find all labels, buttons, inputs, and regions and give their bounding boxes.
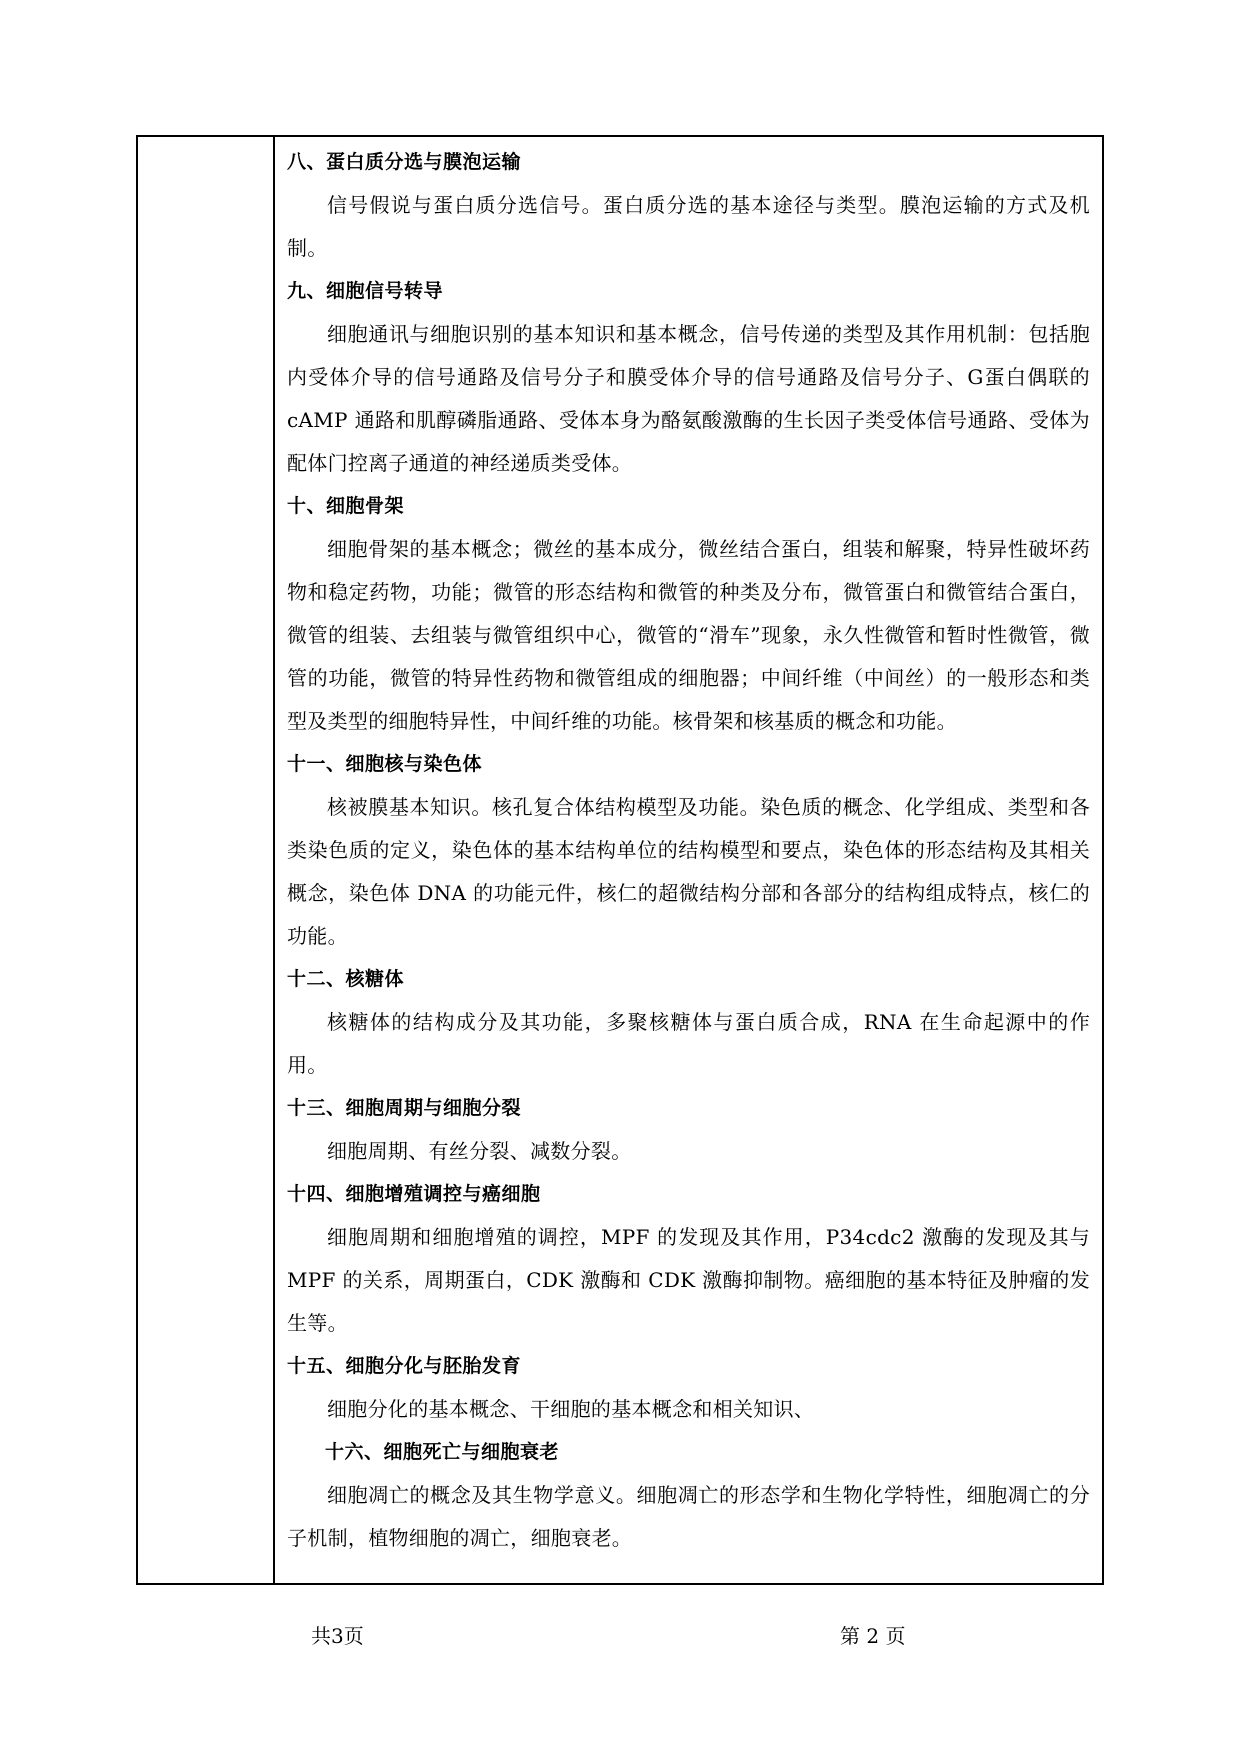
page-number: 第 2 页	[840, 1620, 905, 1649]
syllabus-table: 八、蛋白质分选与膜泡运输 信号假说与蛋白质分选信号。蛋白质分选的基本途径与类型。…	[136, 135, 1104, 1585]
label-column	[138, 137, 275, 1583]
section-body-11: 核被膜基本知识。核孔复合体结构模型及功能。染色质的概念、化学组成、类型和各类染色…	[287, 786, 1090, 958]
section-heading-16: 十六、细胞死亡与细胞衰老	[287, 1431, 1090, 1474]
section-body-16: 细胞凋亡的概念及其生物学意义。细胞凋亡的形态学和生物化学特性，细胞凋亡的分子机制…	[287, 1474, 1090, 1560]
section-heading-11: 十一、细胞核与染色体	[287, 743, 1090, 786]
section-heading-8: 八、蛋白质分选与膜泡运输	[287, 141, 1090, 184]
section-heading-13: 十三、细胞周期与细胞分裂	[287, 1087, 1090, 1130]
section-heading-10: 十、细胞骨架	[287, 485, 1090, 528]
section-body-13: 细胞周期、有丝分裂、减数分裂。	[287, 1130, 1090, 1173]
section-body-14: 细胞周期和细胞增殖的调控，MPF 的发现及其作用，P34cdc2 激酶的发现及其…	[287, 1216, 1090, 1345]
section-heading-14: 十四、细胞增殖调控与癌细胞	[287, 1173, 1090, 1216]
section-body-12: 核糖体的结构成分及其功能，多聚核糖体与蛋白质合成，RNA 在生命起源中的作用。	[287, 1001, 1090, 1087]
page-total: 共3页	[311, 1620, 364, 1649]
section-body-10: 细胞骨架的基本概念；微丝的基本成分，微丝结合蛋白，组装和解聚，特异性破坏药物和稳…	[287, 528, 1090, 743]
section-heading-9: 九、细胞信号转导	[287, 270, 1090, 313]
section-body-8: 信号假说与蛋白质分选信号。蛋白质分选的基本途径与类型。膜泡运输的方式及机制。	[287, 184, 1090, 270]
section-body-9: 细胞通讯与细胞识别的基本知识和基本概念，信号传递的类型及其作用机制：包括胞内受体…	[287, 313, 1090, 485]
section-body-15: 细胞分化的基本概念、干细胞的基本概念和相关知识、	[287, 1388, 1090, 1431]
section-heading-15: 十五、细胞分化与胚胎发育	[287, 1345, 1090, 1388]
content-column: 八、蛋白质分选与膜泡运输 信号假说与蛋白质分选信号。蛋白质分选的基本途径与类型。…	[275, 137, 1102, 1583]
section-heading-12: 十二、核糖体	[287, 958, 1090, 1001]
